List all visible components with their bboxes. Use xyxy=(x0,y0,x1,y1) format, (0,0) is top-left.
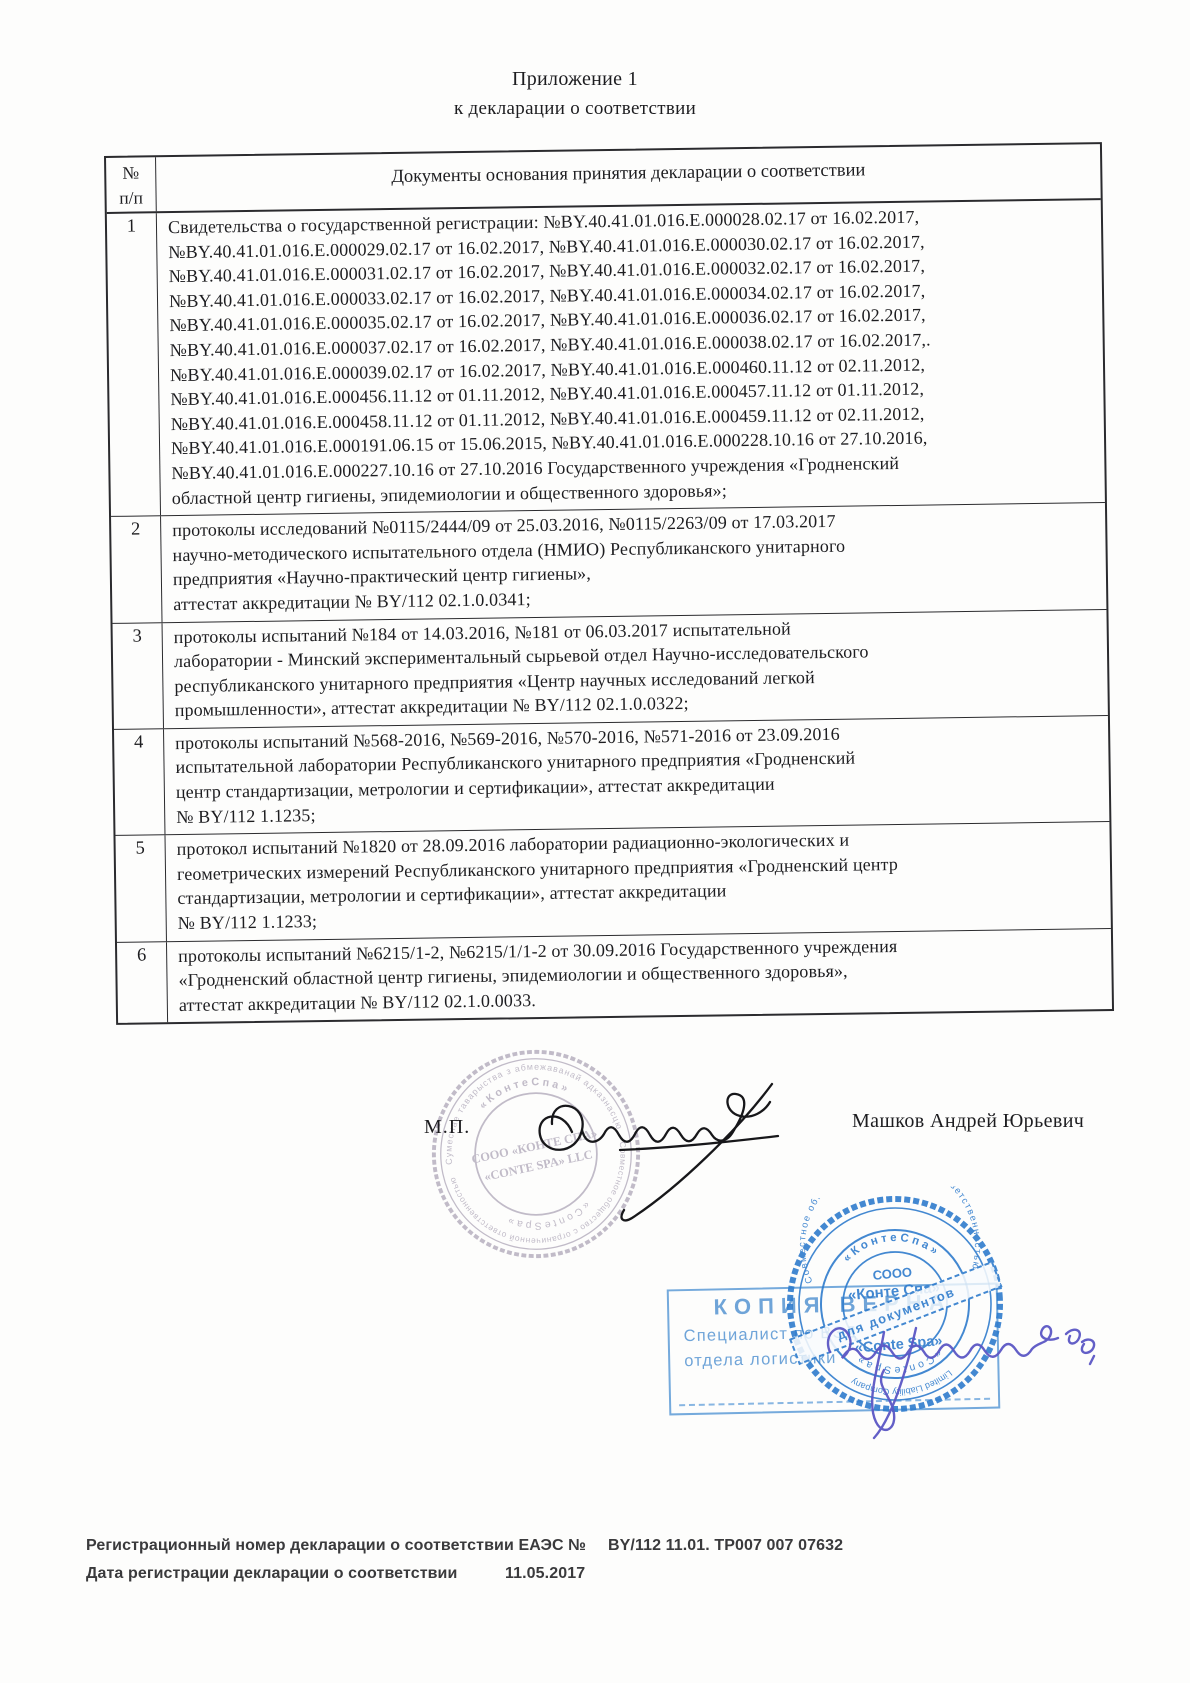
table-row: 6протоколы испытаний №6215/1-2, №6215/1/… xyxy=(117,929,1112,1024)
footer-reg-date-label: Дата регистрации декларации о соответств… xyxy=(86,1565,457,1583)
table-row: 1Свидетельства о государственной регистр… xyxy=(107,200,1105,517)
table-body: 1Свидетельства о государственной регистр… xyxy=(107,200,1112,1023)
row-text-cell: протоколы испытаний №184 от 14.03.2016, … xyxy=(163,610,1108,729)
table-row: 2протоколы исследований №0115/2444/09 от… xyxy=(111,503,1106,623)
document-page: Приложение 1 к декларации о соответствии… xyxy=(0,0,1190,1683)
footer-reg-date-value: 11.05.2017 xyxy=(505,1565,585,1583)
row-number: 6 xyxy=(117,942,168,1023)
row-number: 2 xyxy=(111,516,162,622)
blue-stamp-inner-top-text: « К о н т е С п а » xyxy=(839,1228,940,1265)
footer-reg-number-value: BY/112 11.01. ТР007 007 07632 xyxy=(608,1537,843,1555)
row-number: 4 xyxy=(114,729,165,835)
table-header-number-line1: № xyxy=(106,160,155,186)
mp-label: М.П. xyxy=(424,1116,470,1139)
row-number: 3 xyxy=(113,623,164,729)
table-header-number-column: № п/п xyxy=(106,157,157,212)
document-title: Приложение 1 xyxy=(20,68,1130,91)
table-row: 3протоколы испытаний №184 от 14.03.2016,… xyxy=(113,610,1108,730)
row-text-cell: протоколы исследований №0115/2444/09 от … xyxy=(161,503,1106,622)
handwritten-signature-blue-icon xyxy=(788,1272,1110,1447)
table-row: 5протокол испытаний №1820 от 28.09.2016 … xyxy=(115,822,1110,942)
table-header-number-line2: п/п xyxy=(106,185,155,211)
row-text-cell: протокол испытаний №1820 от 28.09.2016 л… xyxy=(165,822,1110,941)
table-row: 4протоколы испытаний №568-2016, №569-201… xyxy=(114,716,1109,836)
row-text-cell: Свидетельства о государственной регистра… xyxy=(157,200,1105,515)
svg-text:« К о н т е С п а »: « К о н т е С п а » xyxy=(839,1228,940,1265)
footer-reg-number-label: Регистрационный номер декларации о соотв… xyxy=(86,1537,586,1555)
document-subtitle: к декларации о соответствии xyxy=(20,98,1130,120)
row-text-cell: протоколы испытаний №6215/1-2, №6215/1/1… xyxy=(167,929,1112,1023)
documents-table: № п/п Документы основания принятия декла… xyxy=(104,142,1114,1025)
row-number: 5 xyxy=(115,835,166,941)
row-number: 1 xyxy=(107,213,161,516)
row-text-cell: протоколы испытаний №568-2016, №569-2016… xyxy=(164,716,1109,835)
signer-name: Машков Андрей Юрьевич xyxy=(852,1110,1084,1133)
